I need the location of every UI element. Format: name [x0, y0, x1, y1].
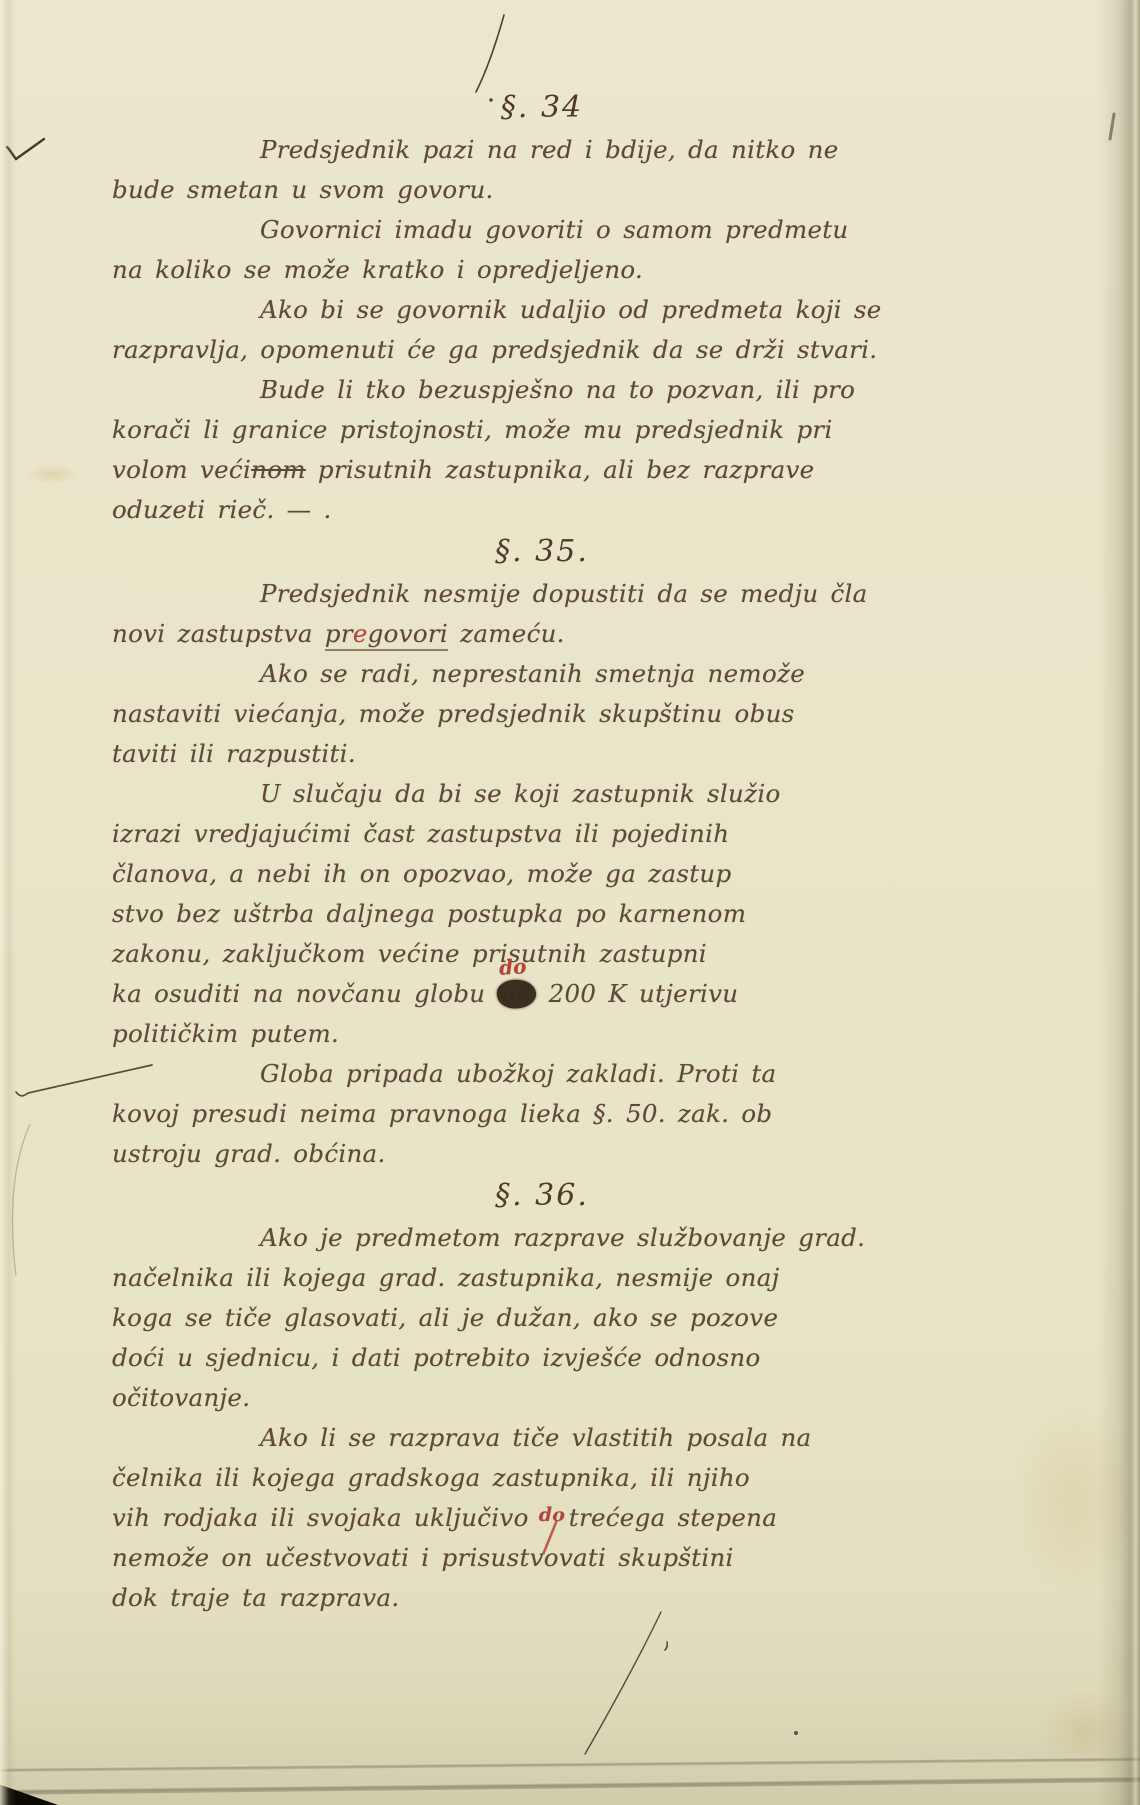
text-line: oduzeti rieč. — . [112, 490, 972, 530]
bottom-slash-mark [575, 1608, 670, 1758]
text-line-with-correction: novi zastupstva pregovori zameću. [112, 614, 972, 654]
page-left-edge [0, 0, 16, 1805]
text-line-with-blot-correction: ka osuditi na novčanu globu dood 200 K u… [112, 974, 972, 1014]
text-line: korači li granice pristojnosti, može mu … [112, 410, 972, 450]
text-line: nastaviti viećanja, može predsjednik sku… [112, 694, 972, 734]
underlined-corrected-word: pregovori [325, 619, 448, 651]
text-line: očitovanje. [112, 1378, 972, 1418]
text-line: Predsjednik nesmije dopustiti da se medj… [112, 574, 972, 614]
section-35-heading: §. 35. [112, 530, 972, 574]
text-line: kovoj presudi neima pravnoga lieka §. 50… [112, 1094, 972, 1134]
text-line: doći u sjednicu, i dati potrebito izvješ… [112, 1338, 972, 1378]
text-line: taviti ili razpustiti. [112, 734, 972, 774]
blotted-out-word: od [496, 977, 538, 1010]
page-right-edge-shadow [1098, 0, 1140, 1805]
text-line: razpravlja, opomenuti će ga predsjednik … [112, 330, 972, 370]
text-line: Ako bi se govornik udaljio od predmeta k… [112, 290, 972, 330]
section-34-heading: §. 34 [112, 86, 972, 130]
text-line: Ako je predmetom razprave službovanje gr… [112, 1218, 972, 1258]
text-line: izrazi vredjajućimi čast zastupstva ili … [112, 814, 972, 854]
text-line: zakonu, zaključkom većine prisutnih zast… [112, 934, 972, 974]
text-line: nemože on učestvovati i prisustvovati sk… [112, 1538, 972, 1578]
text-line-with-strikeout: volom većinom prisutnih zastupnika, ali … [112, 450, 972, 490]
text-line: koga se tiče glasovati, ali je dužan, ak… [112, 1298, 972, 1338]
text-line: na koliko se može kratko i opredjeljeno. [112, 250, 972, 290]
text-line: U slučaju da bi se koji zastupnik služio [112, 774, 972, 814]
text-line-with-insertion: vih rodjaka ili svojaka uključivo do/ tr… [112, 1498, 972, 1538]
text-line: načelnika ili kojega grad. zastupnika, n… [112, 1258, 972, 1298]
red-inserted-letter: e [353, 619, 368, 648]
text-line: čelnika ili kojega gradskoga zastupnika,… [112, 1458, 972, 1498]
text-line: dok traje ta razprava. [112, 1578, 972, 1618]
text-line: članova, a nebi ih on opozvao, može ga z… [112, 854, 972, 894]
text-line: Globa pripada ubožkoj zakladi. Proti ta [112, 1054, 972, 1094]
ink-speck [794, 1731, 798, 1735]
text-line: ustroju grad. obćina. [112, 1134, 972, 1174]
manuscript-text: §. 34 Predsjednik pazi na red i bdije, d… [112, 86, 972, 1618]
photographed-manuscript: §. 34 Predsjednik pazi na red i bdije, d… [0, 0, 1140, 1805]
text-line: Predsjednik pazi na red i bdije, da nitk… [112, 130, 972, 170]
text-line: Ako li se razprava tiče vlastitih posala… [112, 1418, 972, 1458]
struck-word: nom [251, 455, 306, 484]
red-inserted-word: do [499, 956, 528, 978]
section-36-heading: §. 36. [112, 1174, 972, 1218]
text-line: političkim putem. [112, 1014, 972, 1054]
text-line: stvo bez uštrba daljnega postupka po kar… [112, 894, 972, 934]
text-line: bude smetan u svom govoru. [112, 170, 972, 210]
text-line: Govornici imadu govoriti o samom predmet… [112, 210, 972, 250]
text-line: Bude li tko bezuspješno na to pozvan, il… [112, 370, 972, 410]
text-line: Ako se radi, neprestanih smetnja nemože [112, 654, 972, 694]
